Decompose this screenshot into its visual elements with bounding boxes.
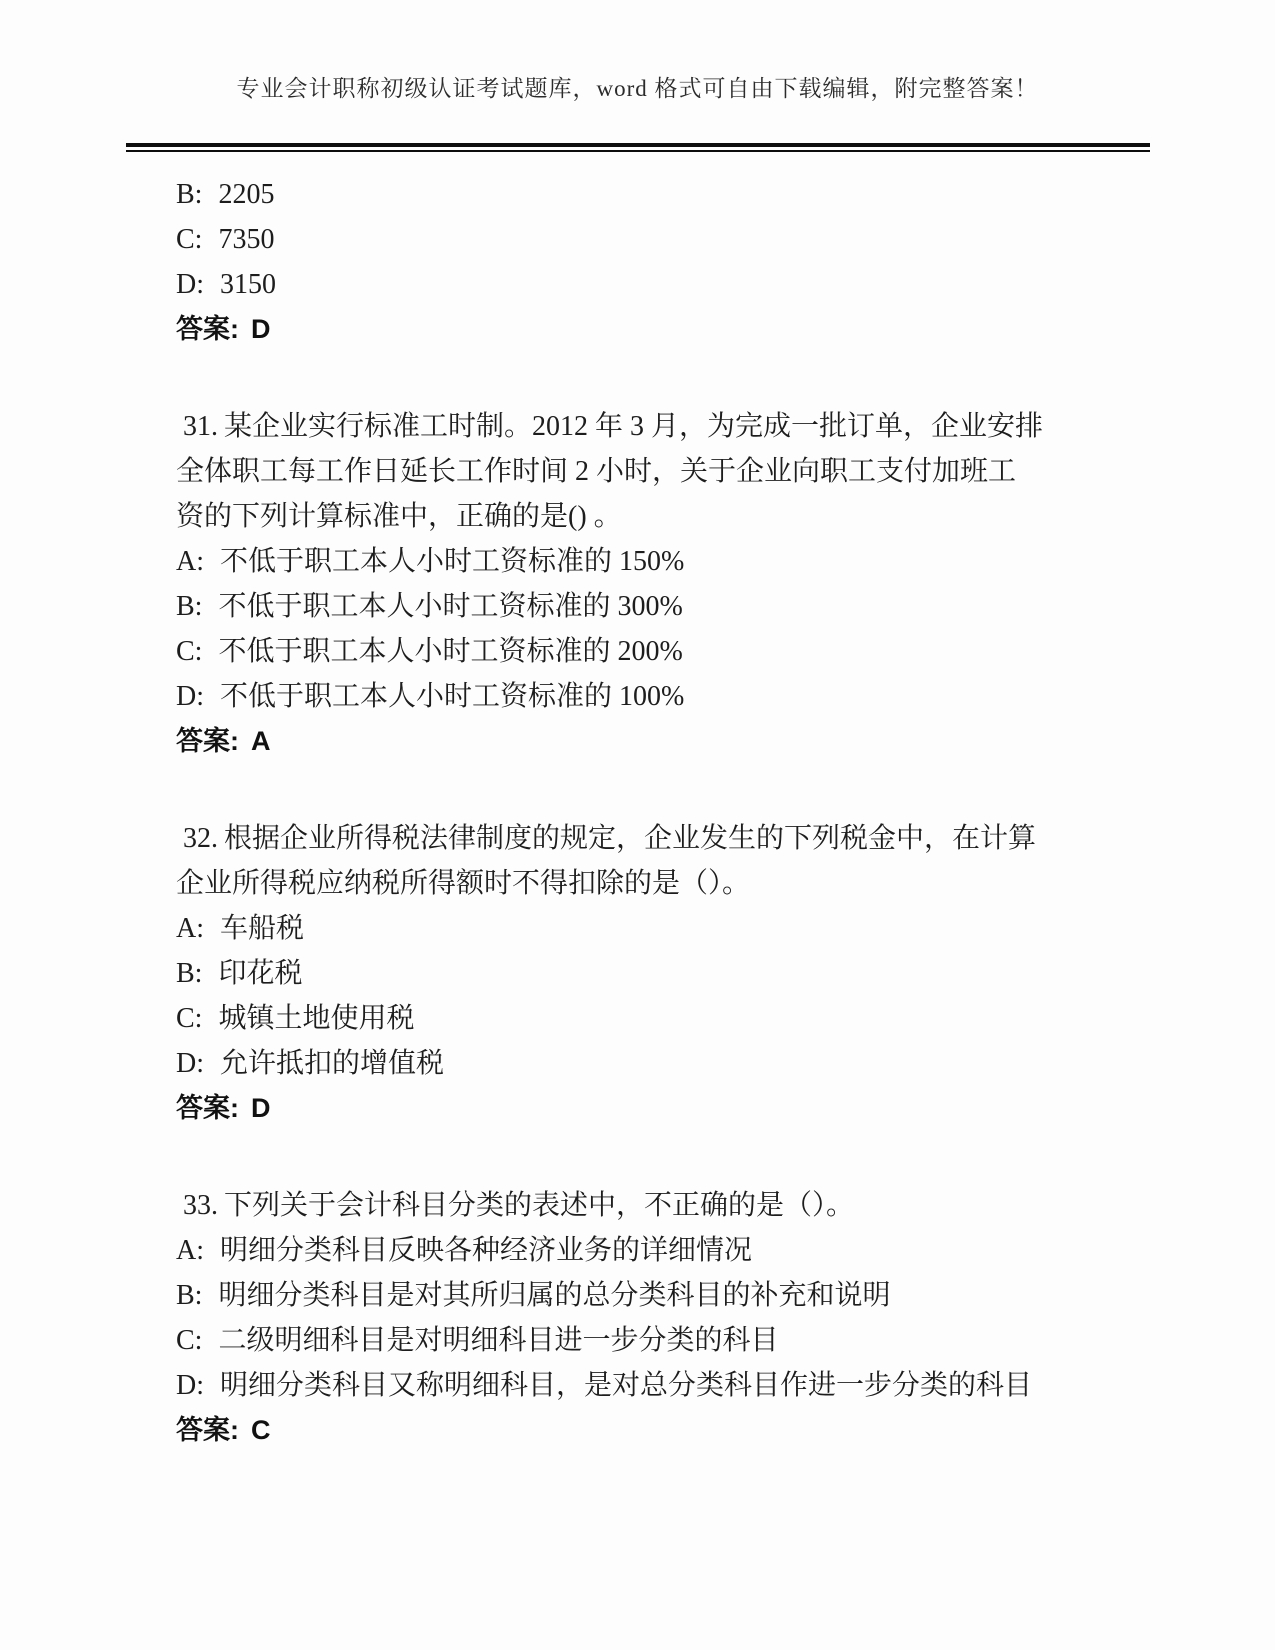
option-label: A: xyxy=(176,1228,204,1273)
question-text: 某企业实行标准工时制。2012 年 3 月，为完成一批订单，企业安排 xyxy=(224,411,1043,442)
option-text: 不低于职工本人小时工资标准的 100% xyxy=(220,681,684,712)
answer-value: A xyxy=(251,726,271,756)
question-number: 31. xyxy=(183,411,218,442)
option-row: B:2205 xyxy=(176,172,1111,217)
option-label: C: xyxy=(176,1318,202,1363)
exam-document-page: 专业会计职称初级认证考试题库，word 格式可自由下载编辑，附完整答案！ B:2… xyxy=(0,0,1275,1650)
option-row: C:7350 xyxy=(176,217,1111,262)
question-block-32: 32.根据企业所得税法律制度的规定，企业发生的下列税金中，在计算 企业所得税应纳… xyxy=(176,816,1111,1131)
question-text: 下列关于会计科目分类的表述中，不正确的是（）。 xyxy=(224,1190,854,1221)
option-row: D:不低于职工本人小时工资标准的 100% xyxy=(176,674,1111,719)
question-text: 全体职工每工作日延长工作时间 2 小时，关于企业向职工支付加班工 xyxy=(176,456,1016,487)
question-text-line: 31.某企业实行标准工时制。2012 年 3 月，为完成一批订单，企业安排 xyxy=(176,404,1111,449)
option-label: D: xyxy=(176,1041,204,1086)
answer-value: D xyxy=(251,314,271,344)
option-row: A:车船税 xyxy=(176,906,1111,951)
option-text: 不低于职工本人小时工资标准的 200% xyxy=(218,636,682,667)
option-row: D:3150 xyxy=(176,262,1111,307)
answer-value: D xyxy=(251,1093,271,1123)
option-text: 城镇土地使用税 xyxy=(218,1003,414,1034)
header-divider-rule xyxy=(126,143,1150,152)
option-text: 明细分类科目又称明细科目，是对总分类科目作进一步分类的科目 xyxy=(220,1370,1032,1401)
option-text: 二级明细科目是对明细科目进一步分类的科目 xyxy=(218,1325,778,1356)
option-row: A:不低于职工本人小时工资标准的 150% xyxy=(176,539,1111,584)
option-label: C: xyxy=(176,996,202,1041)
option-label: A: xyxy=(176,539,204,584)
question-text: 资的下列计算标准中，正确的是() 。 xyxy=(176,501,622,532)
question-text-line: 32.根据企业所得税法律制度的规定，企业发生的下列税金中，在计算 xyxy=(176,816,1111,861)
option-label: A: xyxy=(176,906,204,951)
question-text: 根据企业所得税法律制度的规定，企业发生的下列税金中，在计算 xyxy=(224,823,1036,854)
option-row: B:明细分类科目是对其所归属的总分类科目的补充和说明 xyxy=(176,1273,1111,1318)
option-text: 3150 xyxy=(220,269,276,300)
option-text: 2205 xyxy=(218,179,274,210)
page-header-title: 专业会计职称初级认证考试题库，word 格式可自由下载编辑，附完整答案！ xyxy=(0,70,1275,103)
option-text: 明细分类科目是对其所归属的总分类科目的补充和说明 xyxy=(218,1280,890,1311)
option-text: 印花税 xyxy=(218,958,302,989)
option-text: 允许抵扣的增值税 xyxy=(220,1048,444,1079)
question-text-line: 33.下列关于会计科目分类的表述中，不正确的是（）。 xyxy=(176,1183,1111,1228)
option-label: B: xyxy=(176,172,202,217)
question-number: 33. xyxy=(183,1190,218,1221)
option-text: 7350 xyxy=(218,224,274,255)
option-text: 不低于职工本人小时工资标准的 150% xyxy=(220,546,684,577)
option-label: C: xyxy=(176,629,202,674)
option-label: B: xyxy=(176,584,202,629)
question-block-partial: B:2205 C:7350 D:3150 答案:D xyxy=(176,172,1111,352)
option-row: D:明细分类科目又称明细科目，是对总分类科目作进一步分类的科目 xyxy=(176,1363,1111,1408)
option-label: D: xyxy=(176,1363,204,1408)
question-text: 企业所得税应纳税所得额时不得扣除的是（）。 xyxy=(176,868,750,899)
answer-label: 答案: xyxy=(176,726,239,756)
option-text: 明细分类科目反映各种经济业务的详细情况 xyxy=(220,1235,752,1266)
answer-row: 答案:D xyxy=(176,1086,1111,1131)
document-content: B:2205 C:7350 D:3150 答案:D 31.某企业实行标准工时制。… xyxy=(176,172,1111,1453)
answer-label: 答案: xyxy=(176,1093,239,1123)
question-text-line: 资的下列计算标准中，正确的是() 。 xyxy=(176,494,1111,539)
option-row: C:城镇土地使用税 xyxy=(176,996,1111,1041)
option-row: C:不低于职工本人小时工资标准的 200% xyxy=(176,629,1111,674)
answer-label: 答案: xyxy=(176,1415,239,1445)
option-row: A:明细分类科目反映各种经济业务的详细情况 xyxy=(176,1228,1111,1273)
option-label: B: xyxy=(176,951,202,996)
option-label: D: xyxy=(176,674,204,719)
question-text-line: 全体职工每工作日延长工作时间 2 小时，关于企业向职工支付加班工 xyxy=(176,449,1111,494)
option-row: C:二级明细科目是对明细科目进一步分类的科目 xyxy=(176,1318,1111,1363)
option-row: B:不低于职工本人小时工资标准的 300% xyxy=(176,584,1111,629)
question-block-33: 33.下列关于会计科目分类的表述中，不正确的是（）。 A:明细分类科目反映各种经… xyxy=(176,1183,1111,1453)
answer-row: 答案:D xyxy=(176,307,1111,352)
option-label: B: xyxy=(176,1273,202,1318)
option-text: 车船税 xyxy=(220,913,304,944)
answer-value: C xyxy=(251,1415,271,1445)
option-text: 不低于职工本人小时工资标准的 300% xyxy=(218,591,682,622)
option-row: D:允许抵扣的增值税 xyxy=(176,1041,1111,1086)
option-row: B:印花税 xyxy=(176,951,1111,996)
question-block-31: 31.某企业实行标准工时制。2012 年 3 月，为完成一批订单，企业安排 全体… xyxy=(176,404,1111,764)
question-number: 32. xyxy=(183,823,218,854)
option-label: D: xyxy=(176,262,204,307)
option-label: C: xyxy=(176,217,202,262)
question-text-line: 企业所得税应纳税所得额时不得扣除的是（）。 xyxy=(176,861,1111,906)
answer-row: 答案:C xyxy=(176,1408,1111,1453)
answer-row: 答案:A xyxy=(176,719,1111,764)
answer-label: 答案: xyxy=(176,314,239,344)
